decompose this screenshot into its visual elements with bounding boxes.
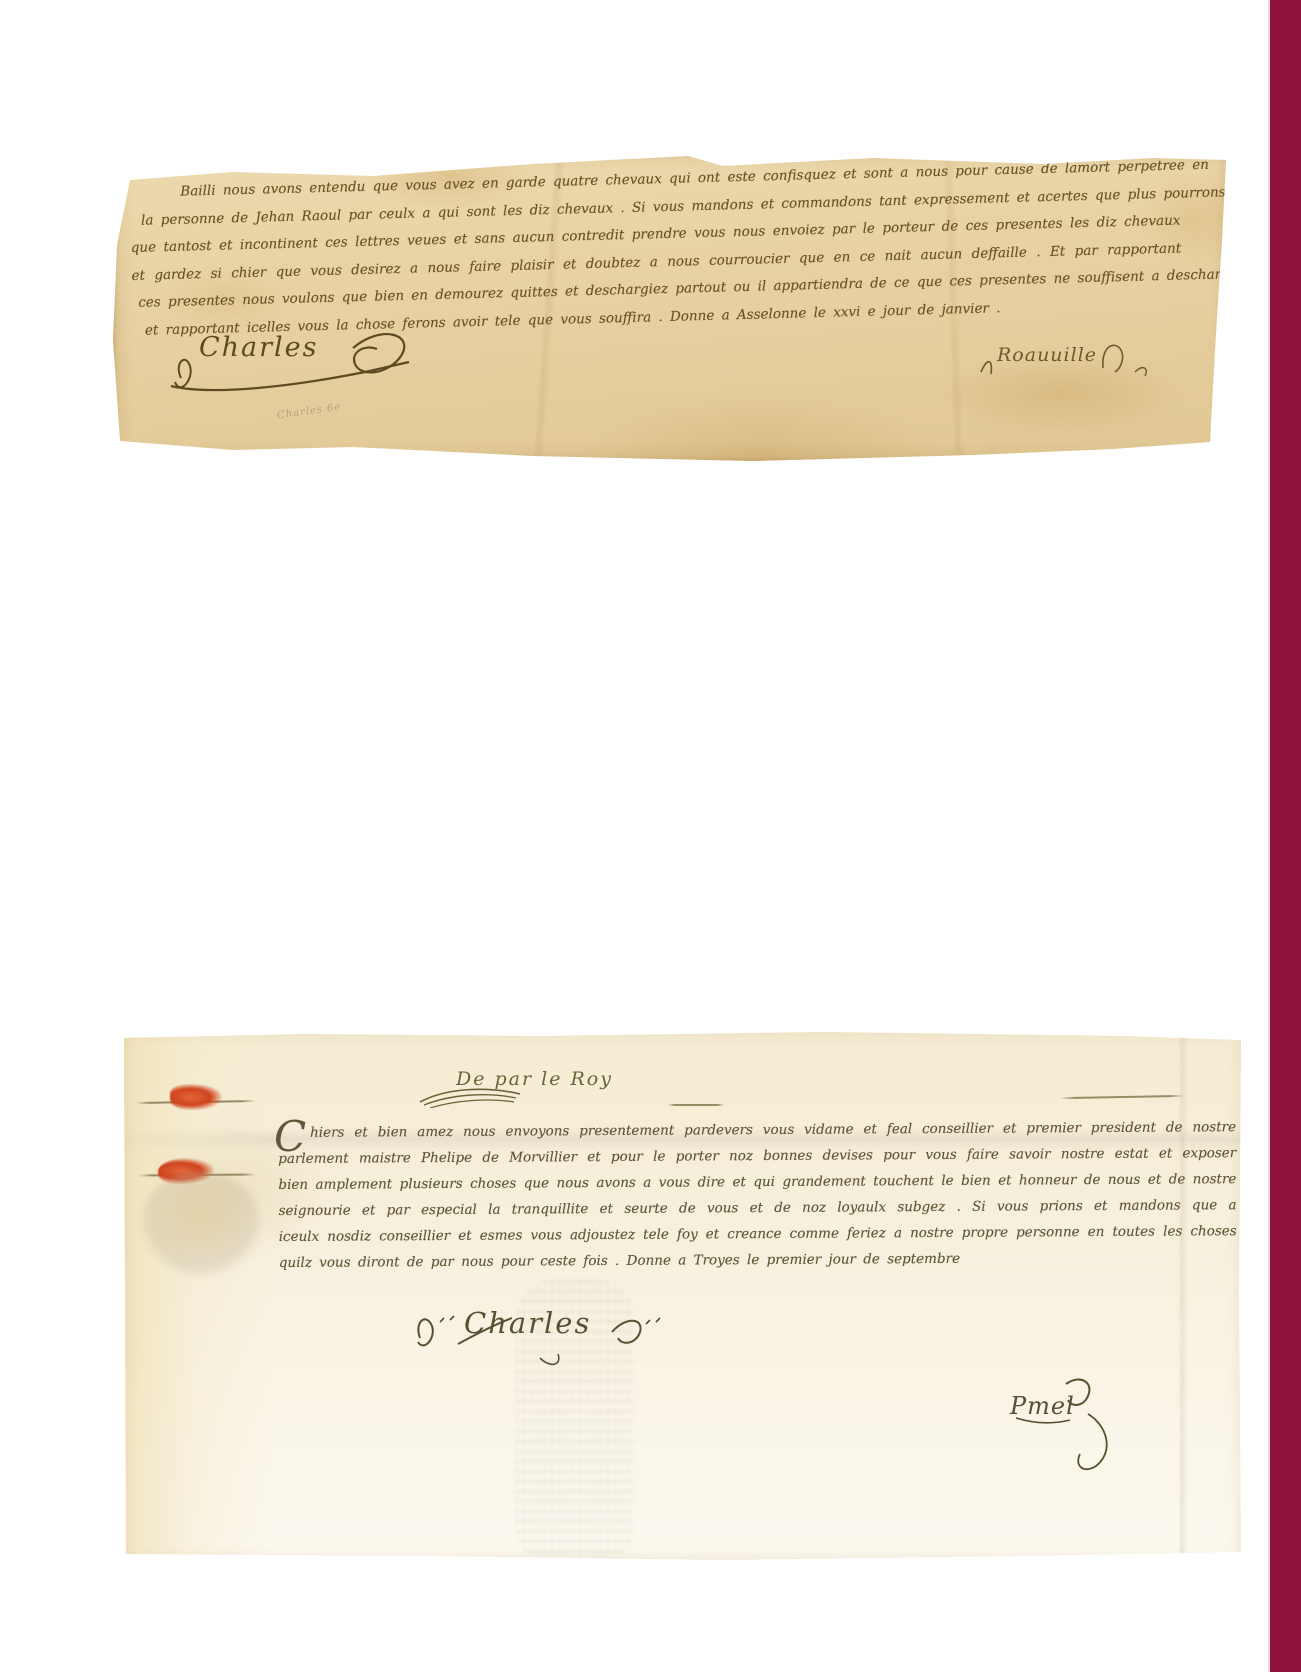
right-accent-bar [1268,0,1301,1672]
ink-rule [668,1104,724,1106]
showthrough-ghost-text [516,1280,634,1564]
manuscript-line: quilz vous diront de par nous pour ceste… [279,1246,979,1276]
signature-text: Roauuille [997,344,1097,366]
heading-de-par-le-roy: De par le Roy [416,1066,736,1114]
manuscript-bottom-text-block: hiers et bien amez nous envoyons present… [278,1114,1237,1276]
manuscript-photo-bottom: De par le Roy C hiers et bien amez nous … [124,1032,1241,1560]
seal-impression-ghost [140,1172,262,1276]
countersign-text: Pmel [1010,1392,1075,1420]
ink-rule [1060,1095,1184,1099]
manuscript-top-text-block: Bailli nous avons entendu que vous avez … [129,153,1183,345]
signature-roauville: Roauuille [975,332,1155,392]
heading-text: De par le Roy [456,1068,613,1090]
pencil-note: Charles 6e [277,402,342,422]
signature-text: Charles [199,332,319,363]
countersign-paraph: Pmel [996,1374,1126,1494]
manuscript-line: iceulx nosdiz conseillier et esmes vous … [279,1218,1237,1250]
page: Bailli nous avons entendu que vous avez … [0,0,1301,1672]
manuscript-photo-top: Bailli nous avons entendu que vous avez … [113,150,1229,462]
wax-seal-mark [170,1084,222,1110]
signature-charles-top: Charles [165,318,425,402]
